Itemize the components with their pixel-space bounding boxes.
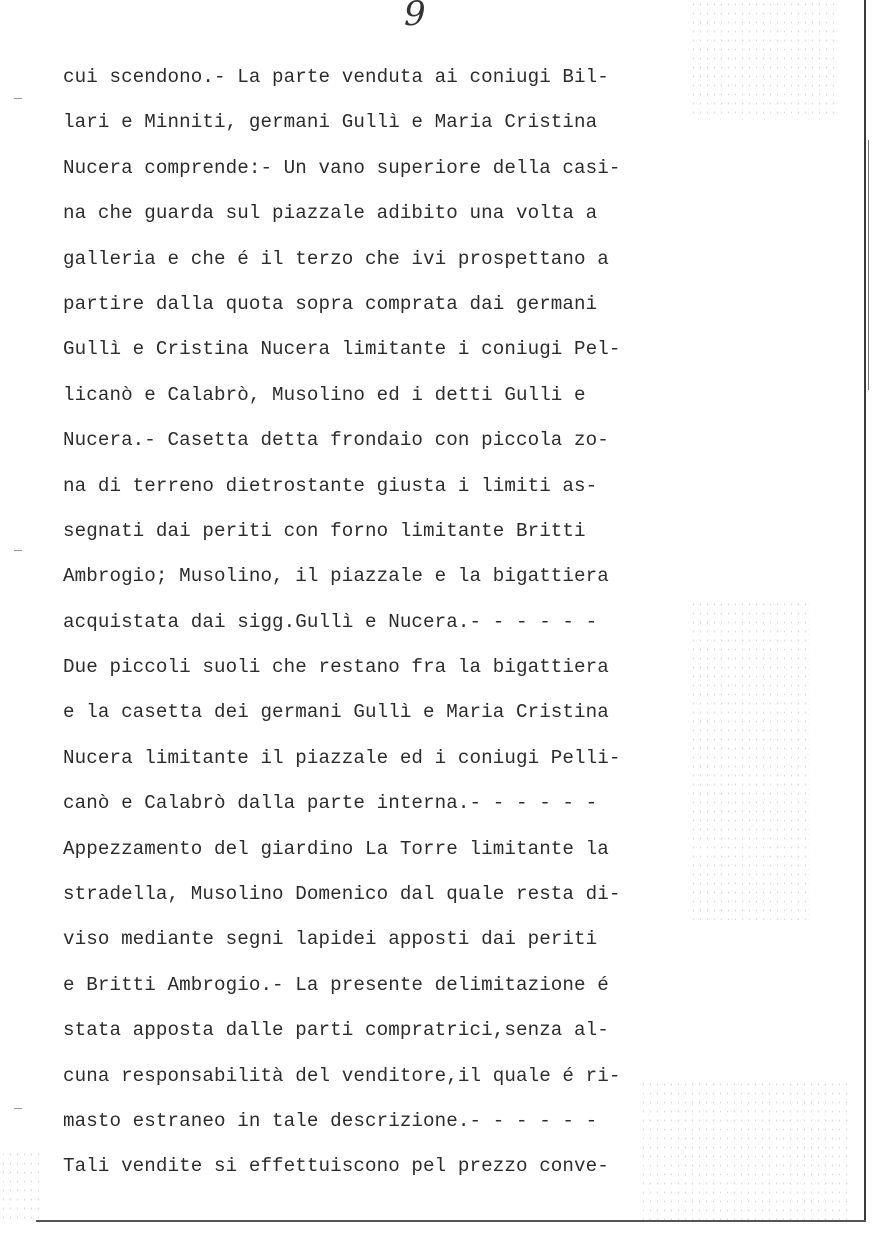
margin-rule-vertical: [864, 0, 866, 1222]
text-line: e la casetta dei germani Gullì e Maria C…: [63, 697, 663, 742]
text-line: acquistata dai sigg.Gullì e Nucera.- - -…: [63, 607, 663, 652]
text-line: viso mediante segni lapidei apposti dai …: [63, 924, 663, 969]
text-line: na di terreno dietrostante giusta i limi…: [63, 471, 663, 516]
margin-tick: [14, 550, 22, 551]
text-line: stradella, Musolino Domenico dal quale r…: [63, 879, 663, 924]
text-line: cui scendono.- La parte venduta ai coniu…: [63, 62, 663, 107]
scan-noise: [690, 600, 810, 920]
text-line: Tali vendite si effettuiscono pel prezzo…: [63, 1151, 663, 1196]
text-line: segnati dai periti con forno limitante B…: [63, 516, 663, 561]
scan-noise: [640, 1080, 850, 1220]
text-line: cuna responsabilità del venditore,il qua…: [63, 1061, 663, 1106]
text-line: stata apposta dalle parti compratrici,se…: [63, 1015, 663, 1060]
text-line: lari e Minniti, germani Gullì e Maria Cr…: [63, 107, 663, 152]
text-line: e Britti Ambrogio.- La presente delimita…: [63, 970, 663, 1015]
text-line: Nucera.- Casetta detta frondaio con picc…: [63, 425, 663, 470]
scanned-document-page: 9 cui scendono.- La parte venduta ai con…: [0, 0, 887, 1236]
margin-rule-vertical-secondary: [868, 140, 869, 390]
scan-noise: [0, 1150, 40, 1220]
scan-noise: [690, 0, 840, 120]
text-line: partire dalla quota sopra comprata dai g…: [63, 289, 663, 334]
page-number: 9: [404, 0, 426, 34]
typewritten-text-body: cui scendono.- La parte venduta ai coniu…: [63, 62, 663, 1197]
text-line: na che guarda sul piazzale adibito una v…: [63, 198, 663, 243]
margin-rule-horizontal: [36, 1220, 866, 1222]
text-line: Appezzamento del giardino La Torre limit…: [63, 834, 663, 879]
margin-tick: [14, 1108, 22, 1109]
text-line: galleria e che é il terzo che ivi prospe…: [63, 244, 663, 289]
text-line: licanò e Calabrò, Musolino ed i detti Gu…: [63, 380, 663, 425]
margin-tick: [14, 98, 22, 99]
text-line: Gullì e Cristina Nucera limitante i coni…: [63, 334, 663, 379]
text-line: Due piccoli suoli che restano fra la big…: [63, 652, 663, 697]
text-line: Nucera comprende:- Un vano superiore del…: [63, 153, 663, 198]
text-line: Ambrogio; Musolino, il piazzale e la big…: [63, 561, 663, 606]
text-line: canò e Calabrò dalla parte interna.- - -…: [63, 788, 663, 833]
text-line: masto estraneo in tale descrizione.- - -…: [63, 1106, 663, 1151]
text-line: Nucera limitante il piazzale ed i coniug…: [63, 743, 663, 788]
